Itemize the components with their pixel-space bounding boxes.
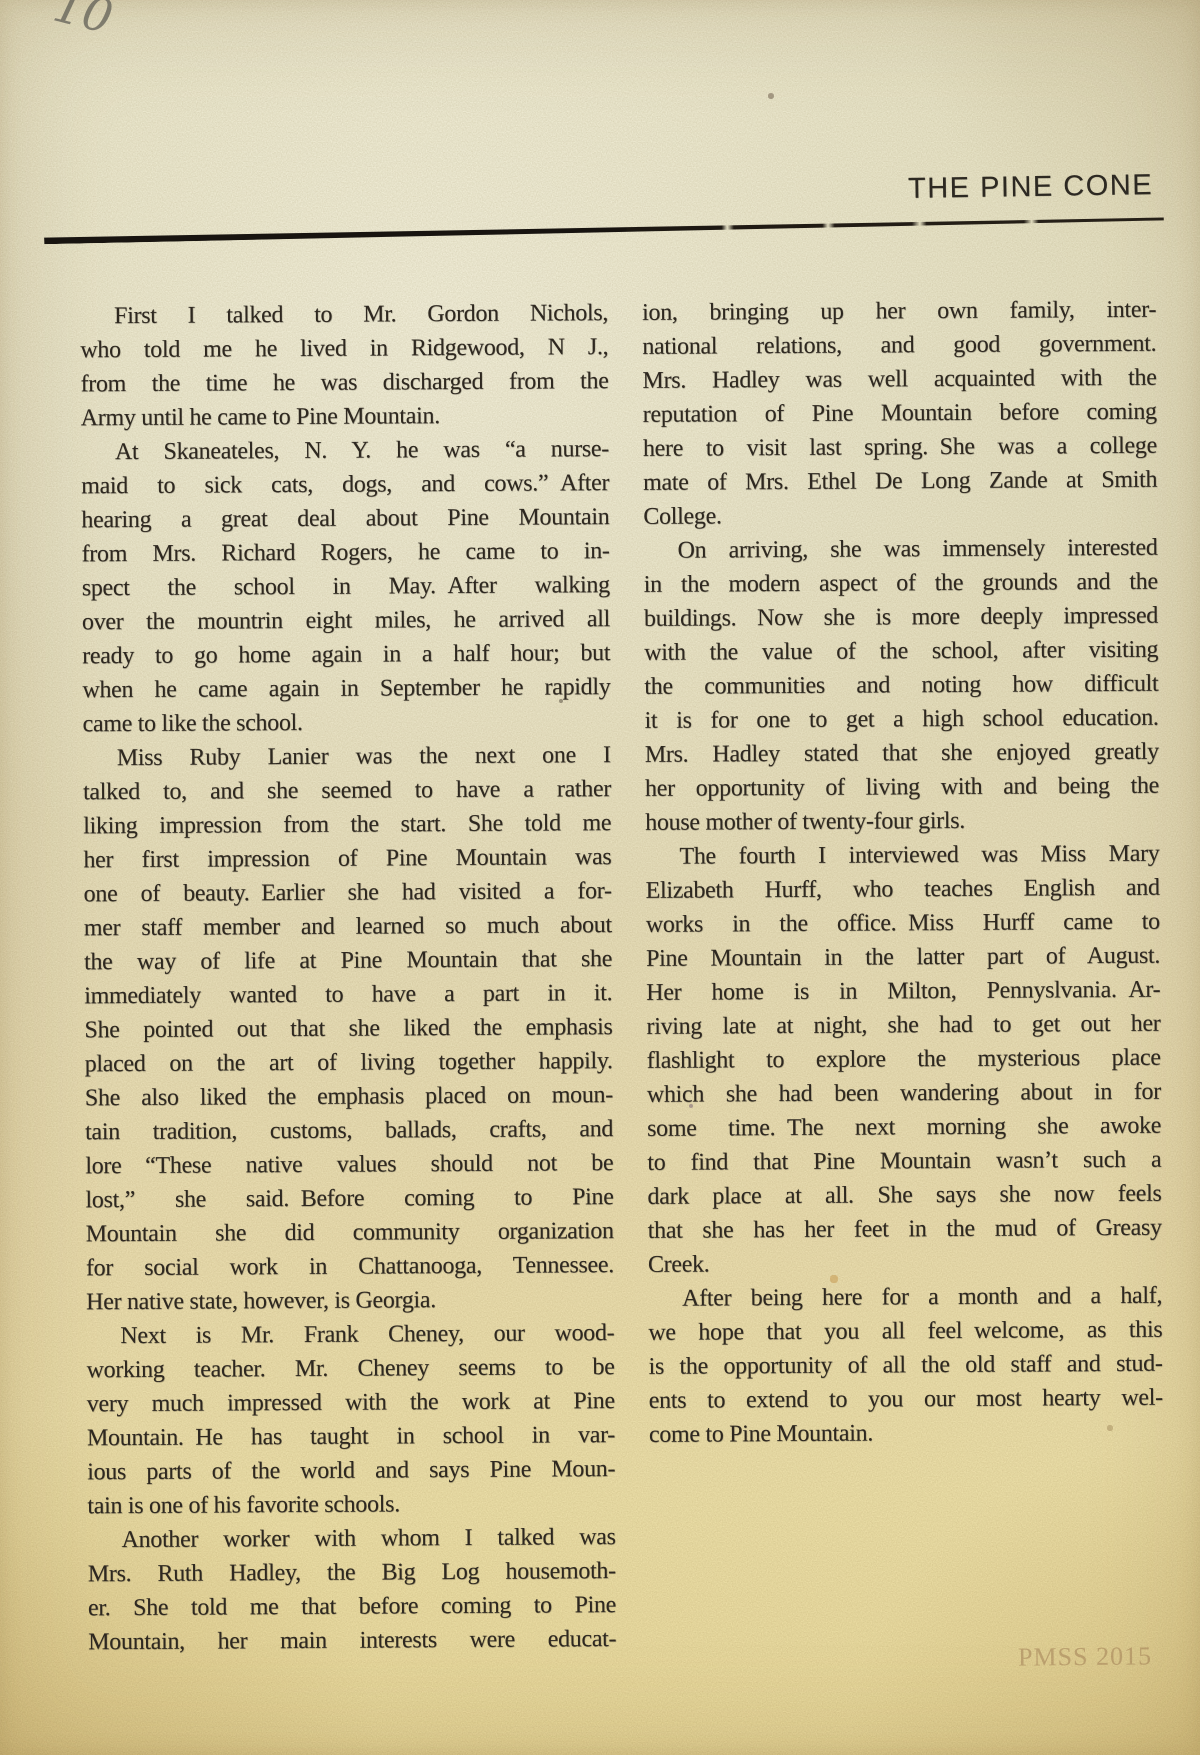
text-line: one of beauty. Earlier she had visited a…: [84, 874, 612, 911]
text-line: the way of life at Pine Mountain that sh…: [84, 942, 612, 979]
text-line: buildings. Now she is more deeply impres…: [644, 599, 1158, 636]
text-line: placed on the art of living together hap…: [85, 1044, 613, 1081]
article-columns: First I talked to Mr. Gordon Nichols,who…: [80, 293, 1164, 1660]
text-line: the communities and noting how difficult: [644, 667, 1158, 704]
text-line: She also liked the emphasis placed on mo…: [85, 1078, 613, 1115]
text-line: mer staff member and learned so much abo…: [84, 908, 612, 945]
text-line: College.: [643, 497, 1157, 534]
text-line: which she had been wandering about in fo…: [647, 1075, 1161, 1112]
text-line: spect the school in May. After walking: [82, 568, 610, 605]
text-line: Pine Mountain in the latter part of Augu…: [646, 939, 1160, 976]
header-rule: [44, 215, 1164, 244]
text-line: her first impression of Pine Mountain wa…: [83, 840, 611, 877]
text-line: her opportunity of living with and being…: [645, 769, 1159, 806]
text-line: from Mrs. Richard Rogers, he came to in-: [81, 534, 609, 571]
text-line: Elizabeth Hurff, who teaches English and: [646, 871, 1160, 908]
text-line: The fourth I interviewed was Miss Mary: [645, 837, 1159, 874]
text-line: After being here for a month and a half,: [648, 1279, 1162, 1316]
text-line: er. She told me that before coming to Pi…: [88, 1588, 616, 1625]
text-line: Mountain she did community organization: [86, 1214, 614, 1251]
text-line: ion, bringing up her own family, inter-: [642, 293, 1156, 330]
text-line: Mrs. Ruth Hadley, the Big Log housemoth-: [88, 1554, 616, 1591]
text-line: with the value of the school, after visi…: [644, 633, 1158, 670]
text-line: flashlight to explore the mysterious pla…: [647, 1041, 1161, 1078]
text-line: Mrs. Hadley was well acquainted with the: [642, 361, 1156, 398]
text-line: lore “These native values should not be: [85, 1146, 613, 1183]
text-line: Her native state, however, is Georgia.: [86, 1282, 614, 1319]
text-line: is the opportunity of all the old staff …: [648, 1347, 1162, 1384]
text-line: riving late at night, she had to get out…: [646, 1007, 1160, 1044]
watermark: PMSS 2015: [1018, 1641, 1152, 1672]
text-line: house mother of twenty-four girls.: [645, 803, 1159, 840]
text-line: that she has her feet in the mud of Grea…: [648, 1211, 1162, 1248]
text-line: tain is one of his favorite schools.: [87, 1486, 615, 1523]
text-line: ious parts of the world and says Pine Mo…: [87, 1452, 615, 1489]
text-line: Creek.: [648, 1245, 1162, 1282]
paper-specks: [0, 0, 2, 2]
text-line: come to Pine Mountain.: [649, 1415, 1163, 1452]
text-line: immediately wanted to have a part in it.: [84, 976, 612, 1013]
text-line: mate of Mrs. Ethel De Long Zande at Smit…: [643, 463, 1157, 500]
text-line: over the mountrin eight miles, he arrive…: [82, 602, 610, 639]
page-title: THE PINE CONE: [908, 169, 1154, 206]
text-line: very much impressed with the work at Pin…: [87, 1384, 615, 1421]
text-line: First I talked to Mr. Gordon Nichols,: [80, 296, 608, 333]
text-line: it is for one to get a high school educa…: [644, 701, 1158, 738]
text-line: At Skaneateles, N. Y. he was “a nurse-: [81, 432, 609, 469]
text-line: Mountain, her main interests were educat…: [88, 1622, 616, 1659]
text-line: Mrs. Hadley stated that she enjoyed grea…: [645, 735, 1159, 772]
text-line: national relations, and good government.: [642, 327, 1156, 364]
text-line: who told me he lived in Ridgewood, N J.,: [80, 330, 608, 367]
text-line: ents to extend to you our most hearty we…: [649, 1381, 1163, 1418]
text-line: dark place at all. She says she now feel…: [647, 1177, 1161, 1214]
text-line: to find that Pine Mountain wasn’t such a: [647, 1143, 1161, 1180]
text-line: for social work in Chattanooga, Tennesse…: [86, 1248, 614, 1285]
text-line: Army until he came to Pine Mountain.: [81, 398, 609, 435]
text-line: hearing a great deal about Pine Mountain: [81, 500, 609, 537]
text-line: On arriving, she was immensely intereste…: [643, 531, 1157, 568]
text-line: Her home is in Milton, Pennyslvania. Ar-: [646, 973, 1160, 1010]
left-column: First I talked to Mr. Gordon Nichols,who…: [80, 296, 616, 1659]
text-line: here to visit last spring. She was a col…: [643, 429, 1157, 466]
text-line: ready to go home again in a half hour; b…: [82, 636, 610, 673]
text-line: maid to sick cats, dogs, and cows.” Afte…: [81, 466, 609, 503]
right-column: ion, bringing up her own family, inter-n…: [642, 293, 1164, 1656]
text-line: Miss Ruby Lanier was the next one I: [83, 738, 611, 775]
text-line: Mountain. He has taught in school in var…: [87, 1418, 615, 1455]
text-line: in the modern aspect of the grounds and …: [644, 565, 1158, 602]
text-line: working teacher. Mr. Cheney seems to be: [86, 1350, 614, 1387]
text-line: talked to, and she seemed to have a rath…: [83, 772, 611, 809]
handwritten-page-number: 10: [48, 0, 118, 44]
text-line: tain tradition, customs, ballads, crafts…: [85, 1112, 613, 1149]
text-line: works in the office. Miss Hurff came to: [646, 905, 1160, 942]
text-line: reputation of Pine Mountain before comin…: [643, 395, 1157, 432]
text-line: She pointed out that she liked the empha…: [84, 1010, 612, 1047]
text-line: some time. The next morning she awoke: [647, 1109, 1161, 1146]
text-line: came to like the school.: [83, 704, 611, 741]
text-line: liking impression from the start. She to…: [83, 806, 611, 843]
scanned-page: 10 THE PINE CONE First I talked to Mr. G…: [0, 0, 1200, 1755]
text-line: lost,” she said. Before coming to Pine: [85, 1180, 613, 1217]
text-line: Another worker with whom I talked was: [87, 1520, 615, 1557]
text-line: we hope that you all feel welcome, as th…: [648, 1313, 1162, 1350]
text-line: when he came again in September he rapid…: [82, 670, 610, 707]
text-line: from the time he was discharged from the: [80, 364, 608, 401]
text-line: Next is Mr. Frank Cheney, our wood-: [86, 1316, 614, 1353]
